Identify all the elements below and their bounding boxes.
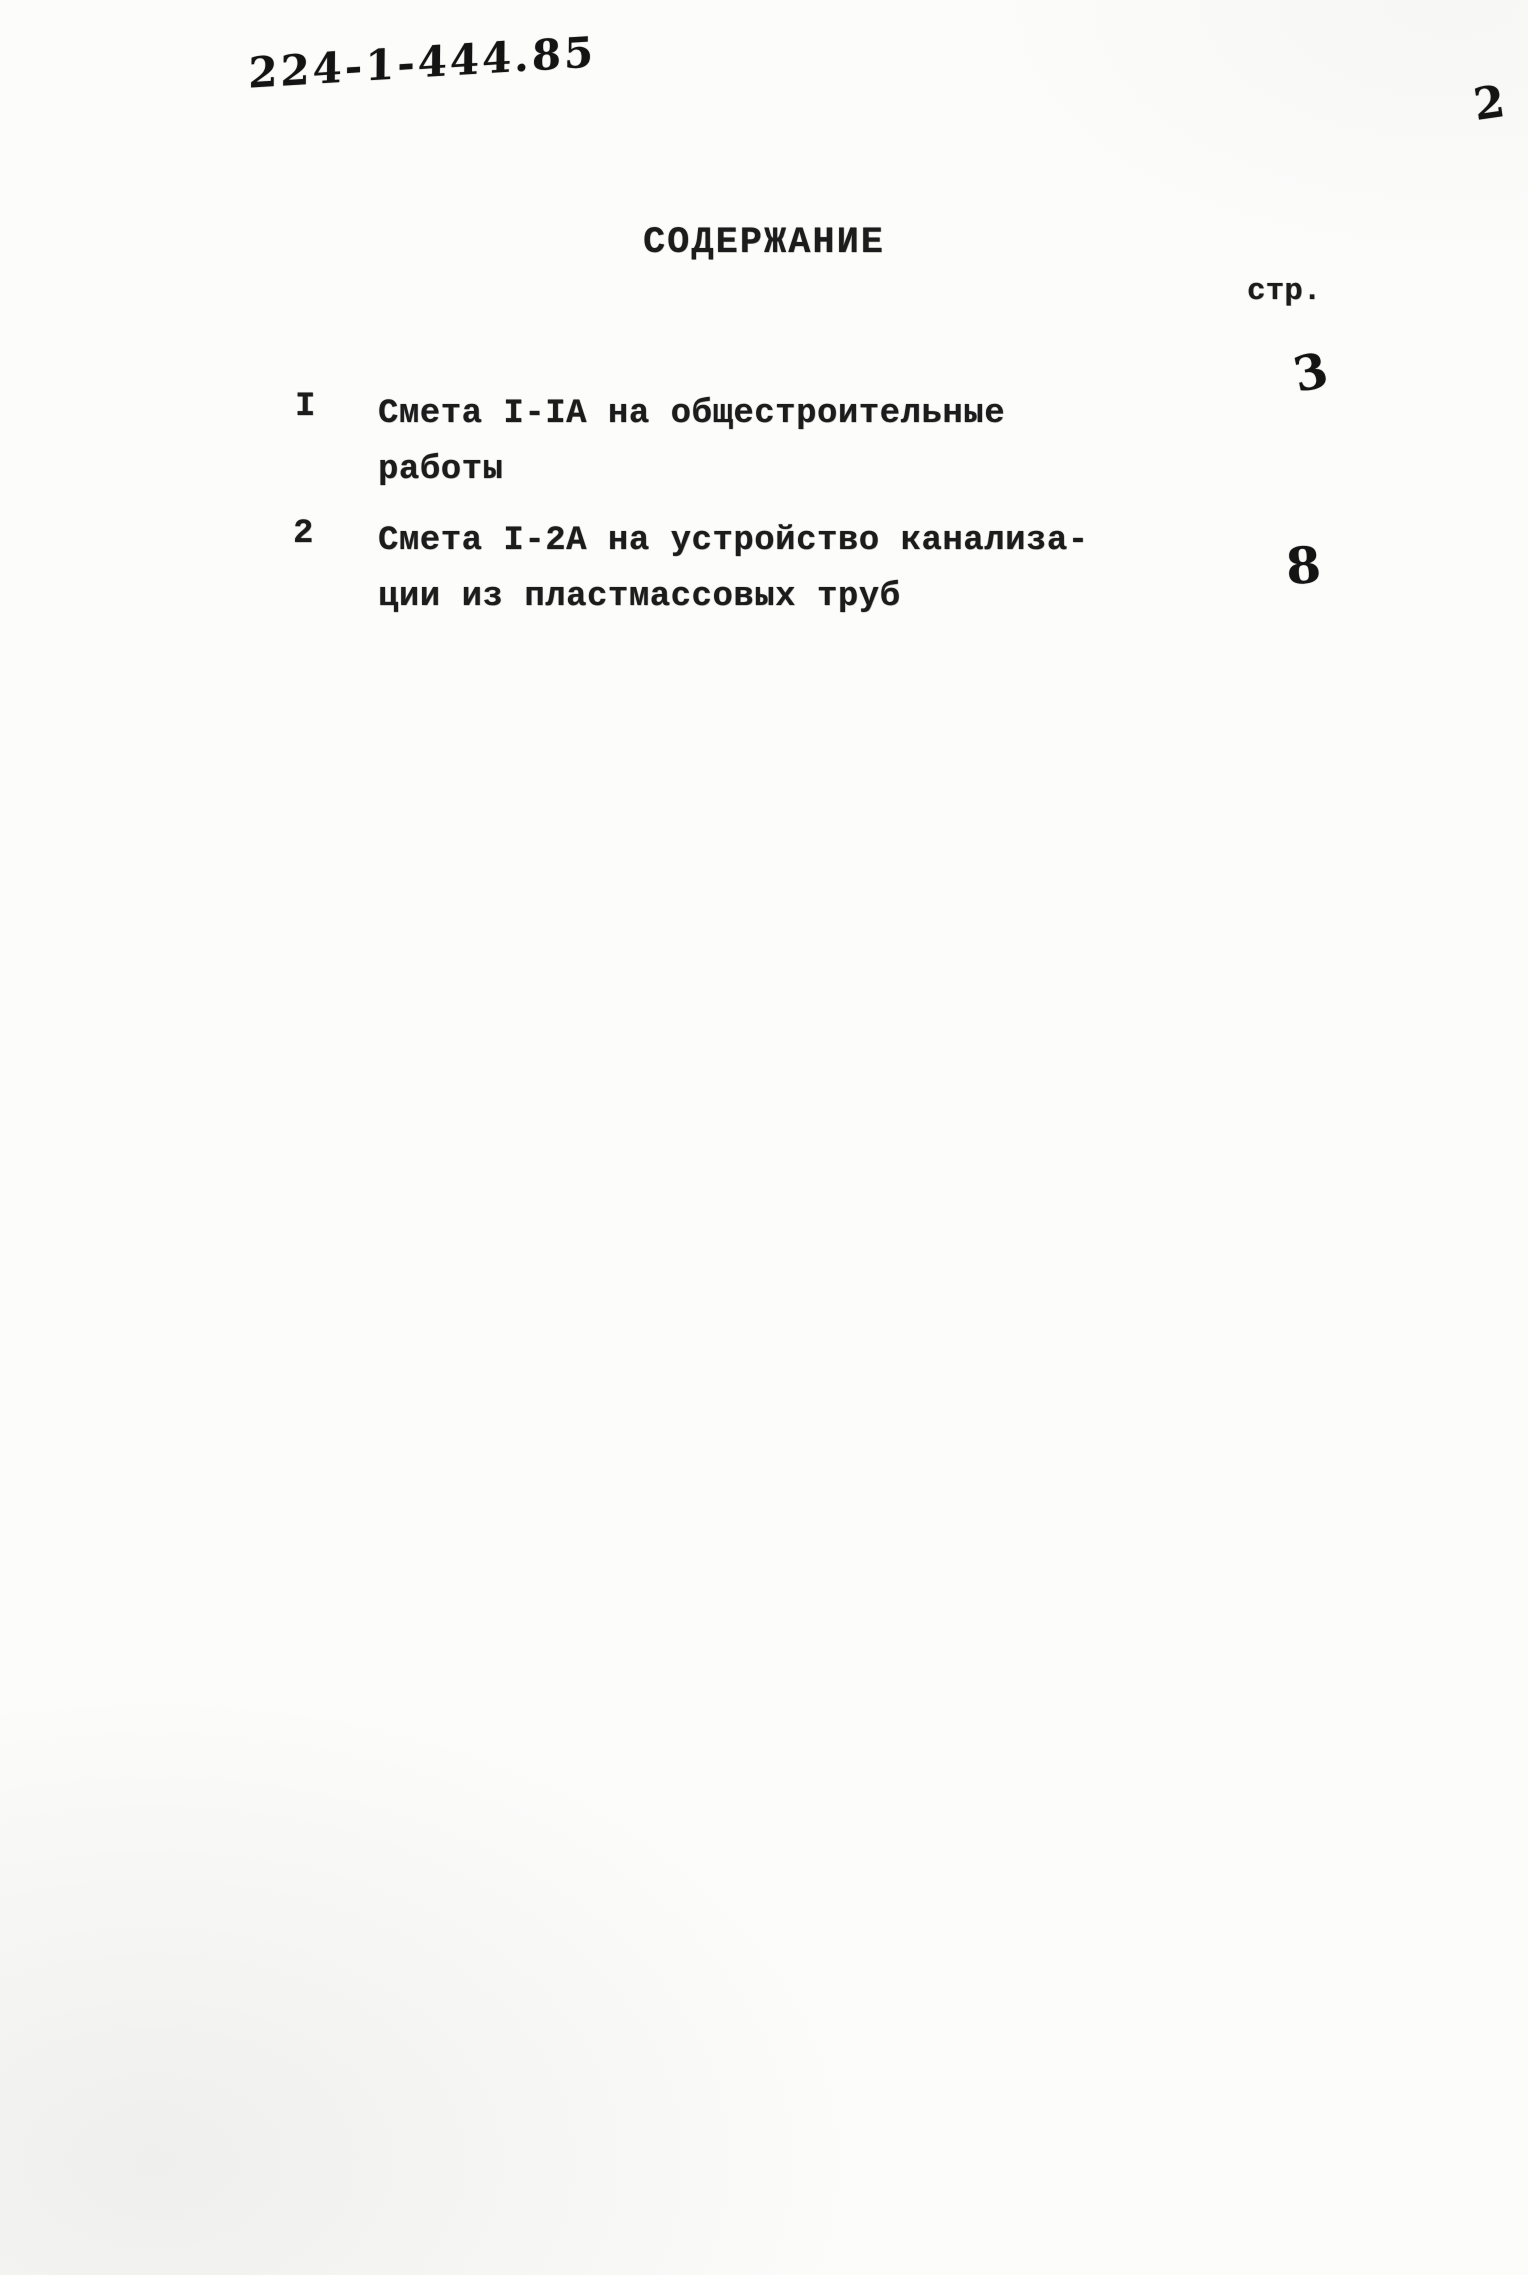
toc-item-1: Смета I-IА на общестроительные работы: [378, 386, 1078, 498]
page-title: СОДЕРЖАНИЕ: [0, 222, 1528, 264]
sheet-page-number: 2: [1471, 76, 1508, 131]
toc-item-1-number: I: [295, 388, 315, 426]
page-column-header: стр.: [1247, 274, 1321, 309]
scanned-document-page: 224-1-444.85 2 СОДЕРЖАНИЕ стр. I Смета I…: [0, 0, 1528, 2275]
toc-item-2-number: 2: [293, 515, 313, 553]
toc-item-2-line2: ции из пластмассовых труб: [378, 569, 1078, 625]
document-code: 224-1-444.85: [248, 27, 596, 97]
toc-item-1-page-ref: 3: [1289, 342, 1333, 404]
toc-item-1-line2: работы: [378, 442, 1078, 498]
toc-item-2: Смета I-2А на устройство канализа- ции и…: [378, 513, 1078, 625]
toc-item-2-line1: Смета I-2А на устройство канализа-: [378, 513, 1078, 569]
toc-item-1-line1: Смета I-IА на общестроительные: [378, 386, 1078, 442]
toc-item-2-page-ref: 8: [1284, 535, 1323, 596]
